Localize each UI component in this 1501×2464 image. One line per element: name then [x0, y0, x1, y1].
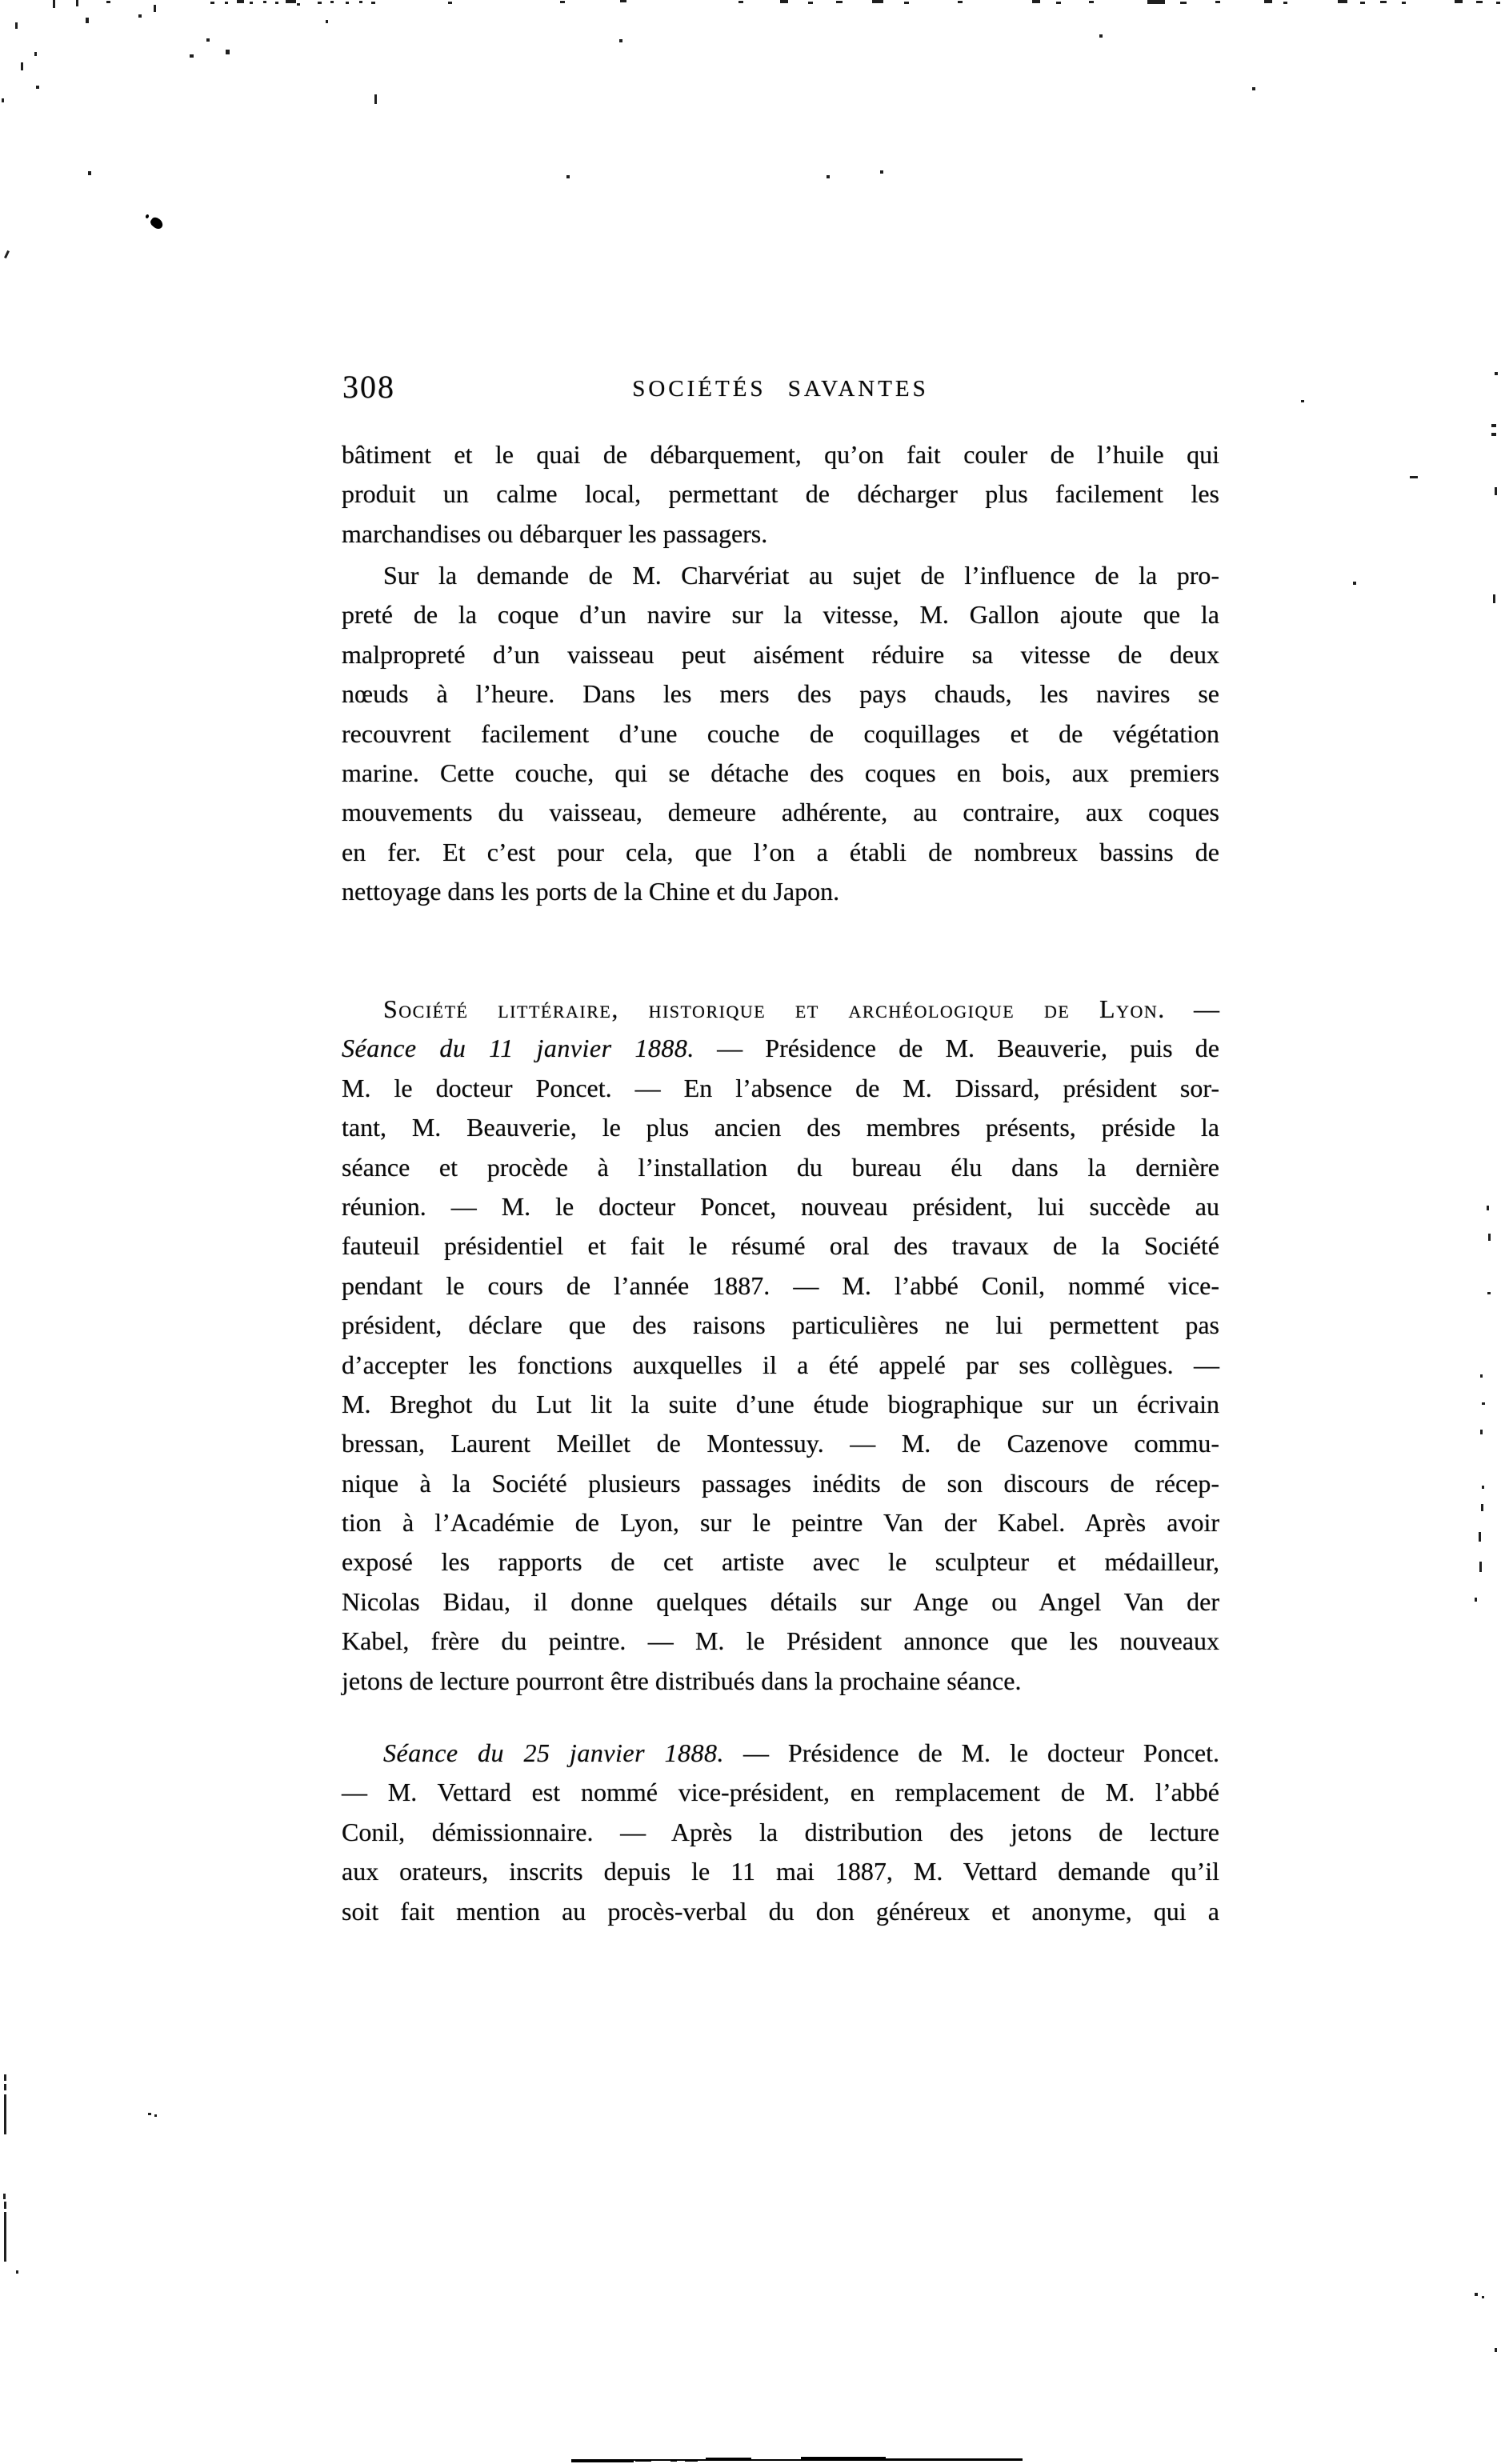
scan-speck: [904, 2, 909, 4]
bottom-rule-artifact: [706, 2458, 751, 2461]
text-segment: d’accepter les fonctions auxquelles il a…: [342, 1350, 1219, 1379]
text-segment: recouvrent facilement d’une couche de co…: [342, 719, 1219, 748]
scan-speck: [1056, 2, 1061, 4]
text-segment: marine. Cette couche, qui se détache des…: [342, 758, 1219, 787]
text-line: Société littéraire, historique et archéo…: [342, 990, 1219, 1029]
scan-speck: [359, 1, 362, 3]
scan-speck: [880, 170, 883, 174]
bottom-rule-artifact: [886, 2458, 1023, 2460]
scan-speck: [206, 38, 210, 42]
scanned-page: 308 SOCIÉTÉS SAVANTES bâtiment et le qua…: [0, 0, 1501, 2464]
scan-speck: [619, 39, 622, 42]
scan-speck: [808, 2, 813, 4]
scan-speck: [1353, 582, 1356, 585]
scan-speck: [34, 52, 37, 56]
text-segment: bressan, Laurent Meillet de Montessuy. —…: [342, 1429, 1219, 1458]
text-segment: Séance du 11 janvier 1888.: [342, 1034, 694, 1062]
scan-speck: [1301, 400, 1304, 402]
scan-speck: [53, 0, 55, 8]
text-line: malpropreté d’un vaisseau peut aisément …: [342, 635, 1219, 674]
scan-speck: [1455, 0, 1463, 3]
scan-speck: [237, 0, 244, 3]
text-line: mouvements du vaisseau, demeure adhérent…: [342, 793, 1219, 832]
text-line: M. le docteur Poncet. — En l’absence de …: [342, 1069, 1219, 1108]
scan-speck: [1495, 372, 1498, 375]
text-line: Séance du 11 janvier 1888. — Présidence …: [342, 1029, 1219, 1068]
text-segment: aux orateurs, inscrits depuis le 11 mai …: [342, 1857, 1219, 1886]
scan-speck: [4, 2212, 6, 2262]
text-line: tion à l’Académie de Lyon, sur le peintr…: [342, 1503, 1219, 1542]
scan-speck: [250, 2, 253, 4]
text-segment: Conil, démissionnaire. — Après la distri…: [342, 1818, 1219, 1846]
text-segment: Séance du 25 janvier 1888.: [383, 1738, 724, 1767]
text-line: réunion. — M. le docteur Poncet, nouveau…: [342, 1187, 1219, 1226]
scan-speck: [4, 2202, 6, 2209]
scan-speck: [566, 175, 570, 178]
scan-speck: [1482, 1402, 1485, 1405]
scan-speck: [1402, 2, 1406, 4]
scan-speck: [326, 20, 328, 23]
scan-speck: [346, 2, 349, 4]
bottom-rule-artifact: [685, 2459, 698, 2462]
text-segment: M. Breghot du Lut lit la suite d’une étu…: [342, 1390, 1219, 1418]
scan-speck: [1099, 34, 1103, 38]
scan-speck: [76, 0, 78, 6]
scan-speck: [1487, 1292, 1491, 1294]
text-segment: bâtiment et le quai de débarquement, qu’…: [342, 440, 1219, 469]
text-line: fauteuil présidentiel et fait le résumé …: [342, 1226, 1219, 1266]
text-segment: soit fait mention au procès-verbal du do…: [342, 1897, 1219, 1926]
text-segment: Sur la demande de M. Charvériat au sujet…: [383, 561, 1219, 590]
text-line: recouvrent facilement d’une couche de co…: [342, 714, 1219, 754]
text-line: preté de la coque d’un navire sur la vit…: [342, 595, 1219, 634]
text-line: bâtiment et le quai de débarquement, qu’…: [342, 435, 1219, 474]
scan-speck: [1475, 1598, 1477, 1602]
text-line: aux orateurs, inscrits depuis le 11 mai …: [342, 1852, 1219, 1891]
text-line: pendant le cours de l’année 1887. — M. l…: [342, 1266, 1219, 1306]
text-line: tant, M. Beauverie, le plus ancien des m…: [342, 1108, 1219, 1147]
text-segment: —: [1166, 994, 1219, 1023]
text-line: Conil, démissionnaire. — Après la distri…: [342, 1813, 1219, 1852]
text-line: produit un calme local, permettant de dé…: [342, 474, 1219, 514]
text-segment: Nicolas Bidau, il donne quelques détails…: [342, 1587, 1219, 1616]
text-line: président, déclare que des raisons parti…: [342, 1306, 1219, 1345]
scan-speck: [1491, 433, 1496, 436]
scan-speck: [836, 1, 843, 3]
text-line: Séance du 25 janvier 1888. — Présidence …: [342, 1734, 1219, 1773]
text-line: Sur la demande de M. Charvériat au sujet…: [342, 556, 1219, 595]
scan-speck: [138, 14, 142, 18]
scan-speck: [4, 2084, 6, 2090]
text-line: Nicolas Bidau, il donne quelques détails…: [342, 1582, 1219, 1622]
scan-speck: [263, 1, 266, 3]
text-segment: jetons de lecture pourront être distribu…: [342, 1666, 1021, 1695]
text-segment: Kabel, frère du peintre. — M. le Préside…: [342, 1626, 1219, 1655]
text-segment: séance et procède à l’installation du bu…: [342, 1153, 1219, 1182]
scan-speck: [1482, 1486, 1484, 1489]
scan-speck: [1089, 1, 1094, 3]
running-header: SOCIÉTÉS SAVANTES: [342, 374, 1219, 403]
scan-speck: [318, 2, 322, 4]
scan-speck: [1380, 1, 1387, 3]
paragraph: Sur la demande de M. Charvériat au sujet…: [342, 556, 1219, 912]
text-segment: fauteuil présidentiel et fait le résumé …: [342, 1231, 1219, 1260]
scan-speck: [780, 0, 788, 3]
text-line: nique à la Société plusieurs passages in…: [342, 1464, 1219, 1503]
text-line: d’accepter les fonctions auxquelles il a…: [342, 1346, 1219, 1385]
scan-speck: [1480, 1374, 1483, 1378]
scan-speck: [4, 2094, 6, 2134]
text-line: M. Breghot du Lut lit la suite d’une étu…: [342, 1385, 1219, 1424]
scan-speck: [827, 175, 830, 178]
scan-speck: [371, 2, 375, 4]
scan-speck: [560, 1, 565, 3]
text-segment: — Présidence de M. Beauverie, puis de: [694, 1034, 1219, 1062]
scan-speck: [154, 5, 156, 12]
text-line: nœuds à l’heure. Dans les mers des pays …: [342, 674, 1219, 714]
text-segment: nœuds à l’heure. Dans les mers des pays …: [342, 679, 1219, 708]
scan-speck: [1283, 2, 1287, 4]
paragraph: Société littéraire, historique et archéo…: [342, 990, 1219, 1701]
text-line: Kabel, frère du peintre. — M. le Préside…: [342, 1622, 1219, 1661]
scan-speck: [36, 86, 39, 89]
scan-speck: [1032, 0, 1040, 3]
text-line: soit fait mention au procès-verbal du do…: [342, 1892, 1219, 1931]
scan-speck: [1475, 2293, 1478, 2296]
scan-speck: [1215, 1, 1220, 3]
text-line: — M. Vettard est nommé vice-président, e…: [342, 1773, 1219, 1812]
text-segment: Société littéraire, historique et archéo…: [383, 994, 1166, 1023]
scan-speck: [1252, 87, 1255, 90]
scan-speck: [4, 2074, 6, 2081]
scan-speck: [225, 2, 228, 4]
scan-speck: [1360, 2, 1365, 4]
scan-speck: [1481, 1504, 1483, 1511]
paragraph: bâtiment et le quai de débarquement, qu’…: [342, 435, 1219, 554]
scan-speck: [1495, 2348, 1497, 2352]
scan-speck: [3, 2194, 6, 2199]
text-segment: tant, M. Beauverie, le plus ancien des m…: [342, 1113, 1219, 1142]
text-segment: M. le docteur Poncet. — En l’absence de …: [342, 1074, 1219, 1102]
scan-speck: [86, 18, 89, 23]
scan-speck: [21, 62, 23, 70]
text-line: jetons de lecture pourront être distribu…: [342, 1662, 1219, 1701]
scan-speck: [154, 2114, 157, 2117]
scan-speck: [210, 2, 214, 4]
scan-speck: [1495, 487, 1497, 495]
scan-speck: [1491, 424, 1496, 427]
text-line: exposé les rapports de cet artiste avec …: [342, 1542, 1219, 1582]
scan-speck: [958, 1, 963, 3]
ink-blob: [149, 215, 165, 230]
bottom-rule-artifact: [801, 2457, 886, 2461]
text-segment: malpropreté d’un vaisseau peut aisément …: [342, 640, 1219, 669]
scan-speck: [1147, 0, 1165, 4]
text-segment: président, déclare que des raisons parti…: [342, 1310, 1219, 1339]
paragraph: Séance du 25 janvier 1888. — Présidence …: [342, 1734, 1219, 1931]
scan-speck: [275, 2, 278, 4]
text-line: bressan, Laurent Meillet de Montessuy. —…: [342, 1424, 1219, 1463]
text-segment: en fer. Et c’est pour cela, que l’on a é…: [342, 838, 1219, 866]
text-segment: nettoyage dans les ports de la Chine et …: [342, 877, 839, 906]
scan-speck: [1180, 2, 1187, 4]
scan-speck: [1488, 1234, 1491, 1241]
scan-speck: [1338, 0, 1347, 3]
text-line: marine. Cette couche, qui se détache des…: [342, 754, 1219, 793]
text-segment: — M. Vettard est nommé vice-président, e…: [342, 1778, 1219, 1806]
bottom-rule-artifact: [571, 2460, 610, 2462]
text-line: marchandises ou débarquer les passagers.: [342, 514, 1219, 554]
text-segment: tion à l’Académie de Lyon, sur le peintr…: [342, 1508, 1219, 1537]
text-line: séance et procède à l’installation du bu…: [342, 1148, 1219, 1187]
scan-speck: [297, 3, 300, 6]
scan-speck: [106, 1, 110, 3]
text-line: nettoyage dans les ports de la Chine et …: [342, 872, 1219, 911]
text-segment: preté de la coque d’un navire sur la vit…: [342, 600, 1219, 629]
bottom-rule-artifact: [610, 2461, 634, 2462]
scan-speck: [330, 1, 334, 3]
scan-speck: [1493, 594, 1495, 603]
scan-speck: [4, 250, 10, 258]
text-segment: exposé les rapports de cet artiste avec …: [342, 1547, 1219, 1576]
scan-speck: [226, 50, 230, 54]
scan-speck: [88, 171, 91, 175]
scan-speck: [872, 0, 883, 3]
scan-speck: [620, 0, 626, 2]
scan-speck: [1479, 1562, 1482, 1572]
scan-speck: [15, 22, 18, 29]
scan-speck: [1482, 2296, 1484, 2298]
text-segment: produit un calme local, permettant de dé…: [342, 479, 1219, 508]
scan-speck: [286, 0, 296, 3]
scan-speck: [1487, 1206, 1489, 1210]
text-segment: mouvements du vaisseau, demeure adhérent…: [342, 798, 1219, 826]
scan-speck: [1479, 1532, 1481, 1542]
scan-speck: [2, 98, 4, 102]
scan-speck: [16, 2270, 18, 2274]
text-segment: — Présidence de M. le docteur Poncet.: [724, 1738, 1219, 1767]
scan-speck: [148, 2113, 151, 2115]
scan-speck: [738, 1, 743, 3]
text-segment: réunion. — M. le docteur Poncet, nouveau…: [342, 1192, 1219, 1221]
bottom-rule-artifact: [670, 2459, 677, 2462]
scan-speck: [374, 94, 377, 104]
text-line: en fer. Et c’est pour cela, que l’on a é…: [342, 833, 1219, 872]
scan-speck: [1496, 2, 1500, 4]
bottom-rule-artifact: [635, 2459, 651, 2462]
text-segment: pendant le cours de l’année 1887. — M. l…: [342, 1271, 1219, 1300]
scan-speck: [1480, 1430, 1483, 1434]
text-segment: marchandises ou débarquer les passagers.: [342, 519, 767, 548]
scan-speck: [448, 2, 452, 4]
scan-speck: [1264, 0, 1272, 3]
ink-blob-dot: [145, 214, 149, 218]
scan-speck: [1410, 476, 1418, 478]
scan-speck: [1476, 1, 1483, 3]
scan-speck: [190, 54, 194, 58]
text-segment: nique à la Société plusieurs passages in…: [342, 1469, 1219, 1498]
